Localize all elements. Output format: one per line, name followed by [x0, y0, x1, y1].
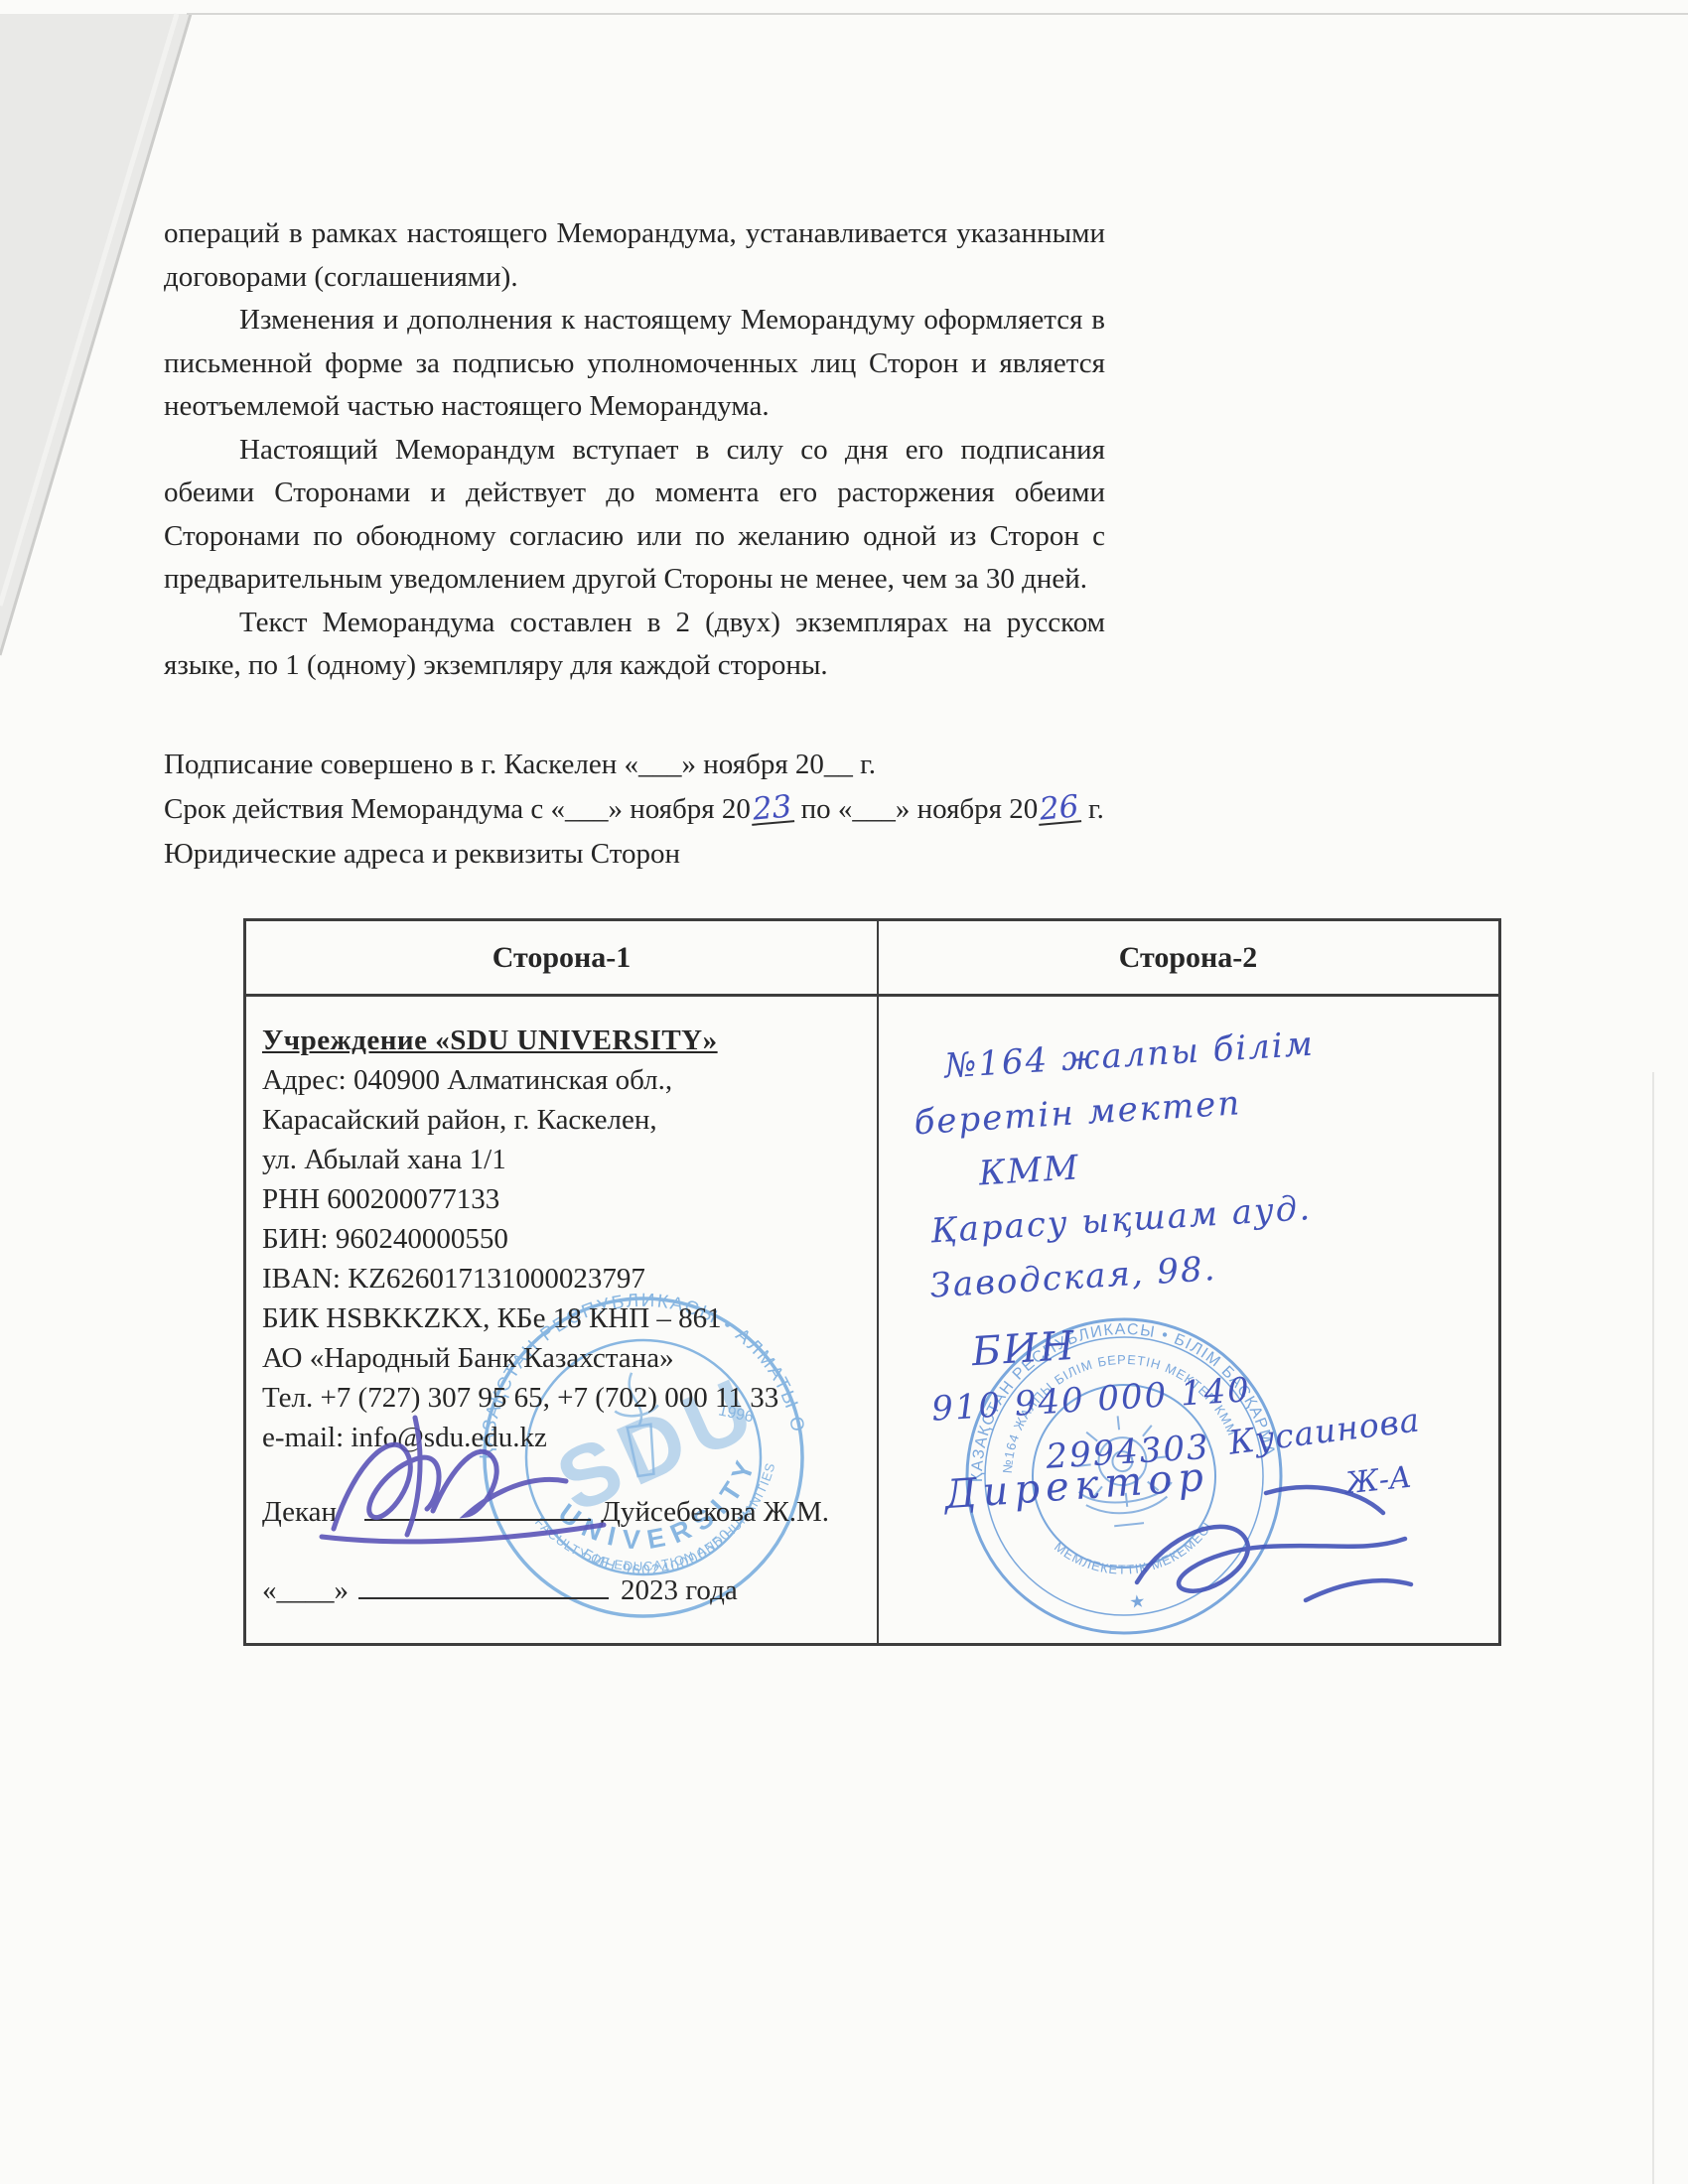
memorandum-text: операций в рамках настоящего Меморандума…	[164, 212, 1105, 688]
party1-header: Сторона-1	[246, 921, 879, 994]
paper-right-edge	[1652, 1072, 1654, 2184]
validity-prefix: Срок действия Меморандума с «___» ноября…	[164, 793, 751, 825]
party1-line: IBAN: KZ626017131000023797	[262, 1259, 863, 1298]
dean-name: Дуйсебекова Ж.М.	[601, 1496, 829, 1528]
parties-table: Сторона-1 Сторона-2	[243, 918, 1501, 1646]
party1-line: РНН 600200077133	[262, 1179, 863, 1219]
party1-org-name: Учреждение «SDU UNIVERSITY»	[262, 1021, 863, 1060]
signing-place-line: Подписание совершено в г. Каскелен «___»…	[164, 743, 1157, 787]
signing-section: Подписание совершено в г. Каскелен «___»…	[164, 743, 1157, 877]
director-signature-scrawl	[1117, 1473, 1415, 1622]
validity-mid: по «___» ноября 20	[793, 793, 1038, 825]
validity-suffix: г.	[1081, 793, 1104, 825]
party1-date-line: «____»2023 года	[262, 1568, 863, 1610]
scanned-document-page: операций в рамках настоящего Меморандума…	[0, 0, 1688, 2184]
party1-line: АО «Народный Банк Казахстана»	[262, 1338, 863, 1378]
party2-header: Сторона-2	[879, 921, 1497, 994]
party1-line: Карасайский район, г. Каскелен,	[262, 1100, 863, 1140]
party1-line: БИК HSBKKZKX, КБе 18 КНП – 861	[262, 1298, 863, 1338]
party1-line: БИН: 960240000550	[262, 1219, 863, 1259]
party1-line: ул. Абылай хана 1/1	[262, 1140, 863, 1179]
validity-line: Срок действия Меморандума с «___» ноября…	[164, 787, 1157, 832]
party2-cell: ҚАЗАҚСТАН РЕСПУБЛИКАСЫ • БІЛІМ БАСҚАРМАС…	[879, 997, 1497, 1643]
date-blank	[358, 1568, 609, 1599]
party1-cell: ҚАЗАҚСТАН РЕСПУБЛИКАСЫ • АЛМАТЫ ОБЛЫСЫ •…	[246, 997, 879, 1643]
dean-signature-scrawl	[316, 1402, 614, 1570]
paragraph: Текст Меморандума составлен в 2 (двух) э…	[164, 602, 1105, 688]
paragraph: Изменения и дополнения к настоящему Мемо…	[164, 299, 1105, 429]
date-year: 2023 года	[621, 1574, 738, 1606]
date-quotes: «____»	[262, 1574, 349, 1606]
table-header-row: Сторона-1 Сторона-2	[246, 921, 1498, 997]
paragraph: Настоящий Меморандум вступает в силу со …	[164, 429, 1105, 602]
handwritten-year-23: 23	[750, 793, 795, 826]
paragraph: операций в рамках настоящего Меморандума…	[164, 212, 1105, 299]
paper-top-edge	[187, 13, 1688, 15]
requisites-title: Юридические адреса и реквизиты Сторон	[164, 832, 1157, 877]
handwritten-year-26: 26	[1037, 793, 1082, 826]
table-body-row: ҚАЗАҚСТАН РЕСПУБЛИКАСЫ • АЛМАТЫ ОБЛЫСЫ •…	[246, 997, 1498, 1643]
party1-line: Адрес: 040900 Алматинская обл.,	[262, 1060, 863, 1100]
